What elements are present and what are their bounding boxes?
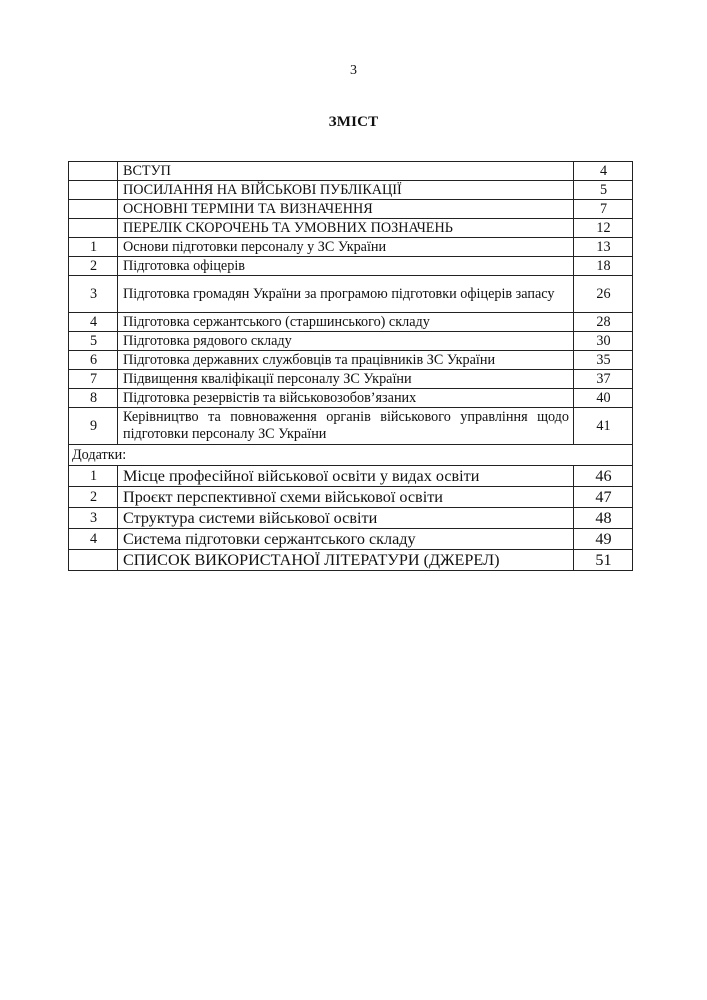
toc-row[interactable]: 1 Місце професійної військової освіти у … [69,466,633,487]
toc-item-title[interactable]: Місце професійної військової освіти у ви… [118,466,574,487]
toc-item-number: 4 [69,313,118,332]
toc-item-number: 9 [69,408,118,445]
toc-row[interactable]: ВСТУП 4 [69,162,633,181]
toc-item-title[interactable]: ПЕРЕЛІК СКОРОЧЕНЬ ТА УМОВНИХ ПОЗНАЧЕНЬ [118,219,574,238]
toc-item-number: 5 [69,332,118,351]
toc-item-page[interactable]: 35 [574,351,633,370]
toc-item-title[interactable]: Підготовка сержантського (старшинського)… [118,313,574,332]
toc-item-page[interactable]: 46 [574,466,633,487]
toc-item-number: 2 [69,487,118,508]
toc-item-page[interactable]: 51 [574,550,633,571]
toc-item-title[interactable]: ОСНОВНІ ТЕРМІНИ ТА ВИЗНАЧЕННЯ [118,200,574,219]
toc-row[interactable]: ОСНОВНІ ТЕРМІНИ ТА ВИЗНАЧЕННЯ 7 [69,200,633,219]
toc-item-title[interactable]: СПИСОК ВИКОРИСТАНОЇ ЛІТЕРАТУРИ (ДЖЕРЕЛ) [118,550,574,571]
toc-item-page[interactable]: 40 [574,389,633,408]
toc-row[interactable]: 2 Проєкт перспективної схеми військової … [69,487,633,508]
toc-item-title[interactable]: Керівництво та повноваження органів війс… [118,408,574,445]
appendix-section-row: Додатки: [69,445,633,466]
toc-row[interactable]: ПЕРЕЛІК СКОРОЧЕНЬ ТА УМОВНИХ ПОЗНАЧЕНЬ 1… [69,219,633,238]
toc-item-title[interactable]: Система підготовки сержантського складу [118,529,574,550]
toc-item-title[interactable]: Підготовка громадян України за програмою… [118,276,574,313]
page-title: ЗМІСТ [0,114,707,131]
page-number: 3 [0,63,707,79]
toc-item-page[interactable]: 4 [574,162,633,181]
toc-row[interactable]: 8 Підготовка резервістів та військовозоб… [69,389,633,408]
toc-row[interactable]: 4 Підготовка сержантського (старшинськог… [69,313,633,332]
table-of-contents: ВСТУП 4 ПОСИЛАННЯ НА ВІЙСЬКОВІ ПУБЛІКАЦІ… [68,161,633,571]
toc-item-number [69,219,118,238]
toc-item-page[interactable]: 49 [574,529,633,550]
toc-item-title[interactable]: Підготовка рядового складу [118,332,574,351]
toc-item-page[interactable]: 41 [574,408,633,445]
toc-item-number: 1 [69,238,118,257]
toc-row[interactable]: ПОСИЛАННЯ НА ВІЙСЬКОВІ ПУБЛІКАЦІЇ 5 [69,181,633,200]
toc-item-number [69,200,118,219]
toc-item-title[interactable]: Підготовка офіцерів [118,257,574,276]
toc-row[interactable]: 3 Структура системи військової освіти 48 [69,508,633,529]
toc-item-number [69,181,118,200]
toc-item-number: 3 [69,276,118,313]
toc-row[interactable]: 4 Система підготовки сержантського склад… [69,529,633,550]
toc-item-page[interactable]: 47 [574,487,633,508]
toc-row[interactable]: 5 Підготовка рядового складу 30 [69,332,633,351]
toc-item-number: 6 [69,351,118,370]
toc-item-title[interactable]: ВСТУП [118,162,574,181]
toc-item-number [69,550,118,571]
toc-item-title[interactable]: Підготовка державних службовців та праці… [118,351,574,370]
toc-item-title[interactable]: Проєкт перспективної схеми військової ос… [118,487,574,508]
toc-item-title[interactable]: Основи підготовки персоналу у ЗС України [118,238,574,257]
toc-item-number: 3 [69,508,118,529]
toc-row[interactable]: СПИСОК ВИКОРИСТАНОЇ ЛІТЕРАТУРИ (ДЖЕРЕЛ) … [69,550,633,571]
toc-item-page[interactable]: 5 [574,181,633,200]
toc-item-title[interactable]: ПОСИЛАННЯ НА ВІЙСЬКОВІ ПУБЛІКАЦІЇ [118,181,574,200]
toc-item-page[interactable]: 48 [574,508,633,529]
toc-row[interactable]: 2 Підготовка офіцерів 18 [69,257,633,276]
toc-item-page[interactable]: 12 [574,219,633,238]
toc-row[interactable]: 6 Підготовка державних службовців та пра… [69,351,633,370]
toc-item-page[interactable]: 13 [574,238,633,257]
toc-item-page[interactable]: 28 [574,313,633,332]
toc-item-number [69,162,118,181]
toc-row[interactable]: 7 Підвищення кваліфікації персоналу ЗС У… [69,370,633,389]
toc-item-page[interactable]: 18 [574,257,633,276]
toc-item-page[interactable]: 37 [574,370,633,389]
toc-item-title[interactable]: Структура системи військової освіти [118,508,574,529]
toc-item-number: 2 [69,257,118,276]
toc-item-page[interactable]: 30 [574,332,633,351]
toc-item-number: 1 [69,466,118,487]
toc-row[interactable]: 1 Основи підготовки персоналу у ЗС Украї… [69,238,633,257]
toc-item-number: 7 [69,370,118,389]
toc-item-page[interactable]: 26 [574,276,633,313]
appendix-section-label: Додатки: [69,445,633,466]
toc-item-number: 8 [69,389,118,408]
toc-item-number: 4 [69,529,118,550]
toc-row[interactable]: 3 Підготовка громадян України за програм… [69,276,633,313]
toc-item-page[interactable]: 7 [574,200,633,219]
toc-row[interactable]: 9 Керівництво та повноваження органів ві… [69,408,633,445]
toc-item-title[interactable]: Підготовка резервістів та військовозобов… [118,389,574,408]
toc-item-title[interactable]: Підвищення кваліфікації персоналу ЗС Укр… [118,370,574,389]
